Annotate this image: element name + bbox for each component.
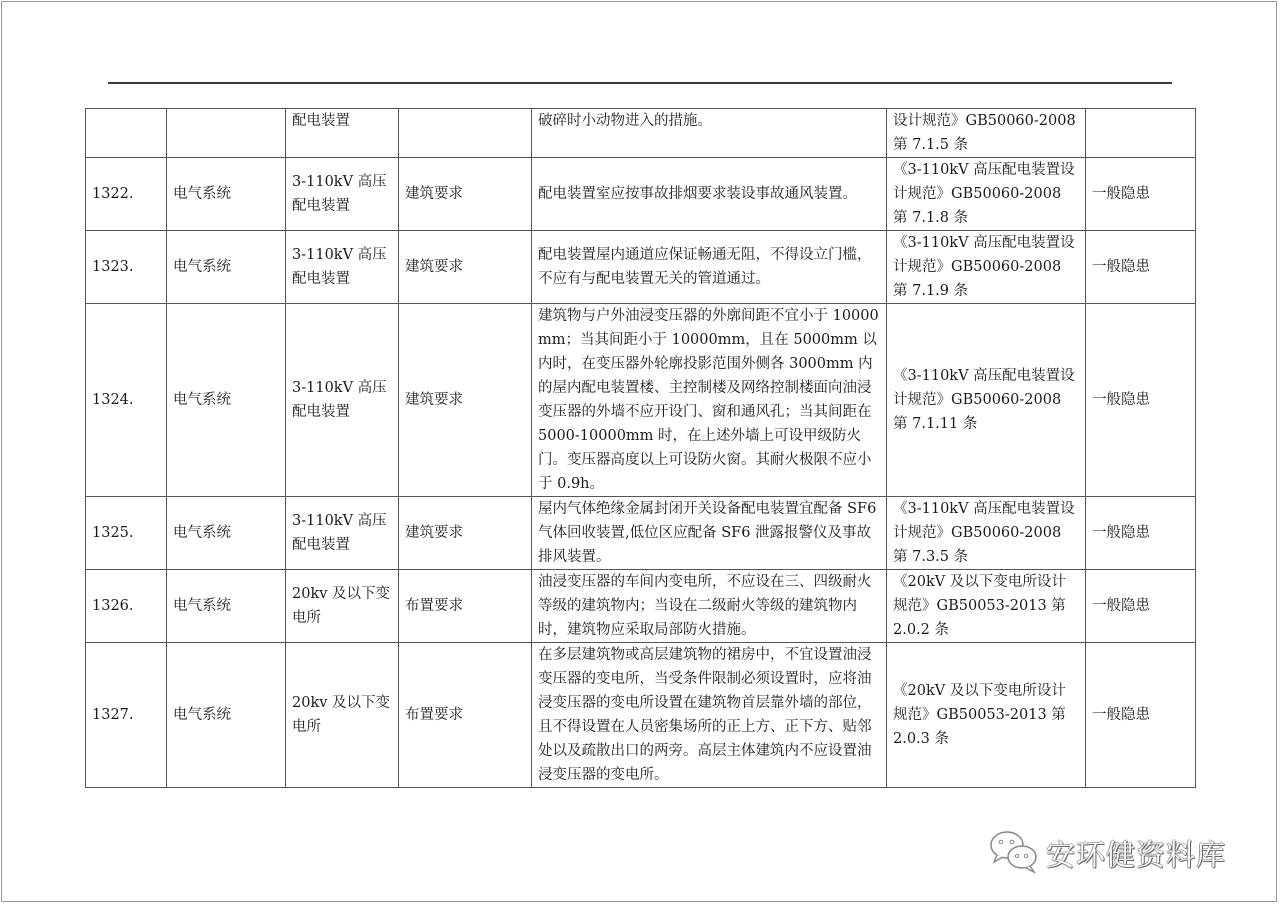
cell-no: 1324. bbox=[86, 304, 167, 497]
cell-reference: 《3-110kV 高压配电装置设计规范》GB50060-2008 第 7.3.5… bbox=[887, 497, 1086, 570]
cell-description: 油浸变压器的车间内变电所，不应设在三、四级耐火等级的建筑物内；当设在二级耐火等级… bbox=[532, 570, 887, 643]
cell-system: 电气系统 bbox=[167, 158, 286, 231]
cell-level: 一般隐患 bbox=[1086, 158, 1196, 231]
table-row: 配电装置 破碎时小动物进入的措施。 设计规范》GB50060-2008 第 7.… bbox=[86, 109, 1196, 158]
cell-equipment: 3-110kV 高压配电装置 bbox=[286, 231, 399, 304]
cell-reference: 《3-110kV 高压配电装置设计规范》GB50060-2008 第 7.1.9… bbox=[887, 231, 1086, 304]
cell-no: 1323. bbox=[86, 231, 167, 304]
cell-no bbox=[86, 109, 167, 158]
cell-description: 配电装置屋内通道应保证畅通无阻，不得设立门槛，不应有与配电装置无关的管道通过。 bbox=[532, 231, 887, 304]
hazard-table: 配电装置 破碎时小动物进入的措施。 设计规范》GB50060-2008 第 7.… bbox=[85, 108, 1196, 788]
table-row: 1322. 电气系统 3-110kV 高压配电装置 建筑要求 配电装置室应按事故… bbox=[86, 158, 1196, 231]
cell-reference: 《20kV 及以下变电所设计规范》GB50053-2013 第 2.0.3 条 bbox=[887, 643, 1086, 788]
cell-system: 电气系统 bbox=[167, 304, 286, 497]
cell-category: 布置要求 bbox=[399, 643, 532, 788]
cell-category: 建筑要求 bbox=[399, 158, 532, 231]
cell-category bbox=[399, 109, 532, 158]
cell-level: 一般隐患 bbox=[1086, 570, 1196, 643]
cell-system: 电气系统 bbox=[167, 497, 286, 570]
cell-reference: 设计规范》GB50060-2008 第 7.1.5 条 bbox=[887, 109, 1086, 158]
cell-level: 一般隐患 bbox=[1086, 304, 1196, 497]
cell-category: 建筑要求 bbox=[399, 304, 532, 497]
cell-no: 1326. bbox=[86, 570, 167, 643]
cell-system bbox=[167, 109, 286, 158]
cell-level: 一般隐患 bbox=[1086, 231, 1196, 304]
cell-system: 电气系统 bbox=[167, 643, 286, 788]
cell-description: 破碎时小动物进入的措施。 bbox=[532, 109, 887, 158]
cell-equipment: 3-110kV 高压配电装置 bbox=[286, 497, 399, 570]
cell-no: 1322. bbox=[86, 158, 167, 231]
cell-description: 在多层建筑物或高层建筑物的裙房中，不宜设置油浸变压器的变电所，当受条件限制必须设… bbox=[532, 643, 887, 788]
table-row: 1327. 电气系统 20kv 及以下变电所 布置要求 在多层建筑物或高层建筑物… bbox=[86, 643, 1196, 788]
wechat-icon bbox=[988, 828, 1040, 878]
header-rule bbox=[108, 82, 1172, 84]
cell-level bbox=[1086, 109, 1196, 158]
watermark: 安环健资料库 bbox=[988, 828, 1226, 878]
cell-reference: 《3-110kV 高压配电装置设计规范》GB50060-2008 第 7.1.1… bbox=[887, 304, 1086, 497]
cell-equipment: 20kv 及以下变电所 bbox=[286, 570, 399, 643]
cell-level: 一般隐患 bbox=[1086, 643, 1196, 788]
table-row: 1323. 电气系统 3-110kV 高压配电装置 建筑要求 配电装置屋内通道应… bbox=[86, 231, 1196, 304]
cell-reference: 《20kV 及以下变电所设计规范》GB50053-2013 第 2.0.2 条 bbox=[887, 570, 1086, 643]
cell-equipment: 配电装置 bbox=[286, 109, 399, 158]
cell-description: 屋内气体绝缘金属封闭开关设备配电装置宜配备 SF6 气体回收装置,低位区应配备 … bbox=[532, 497, 887, 570]
cell-system: 电气系统 bbox=[167, 570, 286, 643]
watermark-text: 安环健资料库 bbox=[1046, 833, 1226, 874]
cell-category: 布置要求 bbox=[399, 570, 532, 643]
cell-equipment: 20kv 及以下变电所 bbox=[286, 643, 399, 788]
table-row: 1326. 电气系统 20kv 及以下变电所 布置要求 油浸变压器的车间内变电所… bbox=[86, 570, 1196, 643]
cell-no: 1327. bbox=[86, 643, 167, 788]
cell-no: 1325. bbox=[86, 497, 167, 570]
cell-description: 配电装置室应按事故排烟要求装设事故通风装置。 bbox=[532, 158, 887, 231]
cell-category: 建筑要求 bbox=[399, 231, 532, 304]
cell-system: 电气系统 bbox=[167, 231, 286, 304]
cell-level: 一般隐患 bbox=[1086, 497, 1196, 570]
cell-category: 建筑要求 bbox=[399, 497, 532, 570]
cell-description: 建筑物与户外油浸变压器的外廓间距不宜小于 10000mm；当其间距小于 1000… bbox=[532, 304, 887, 497]
table-row: 1325. 电气系统 3-110kV 高压配电装置 建筑要求 屋内气体绝缘金属封… bbox=[86, 497, 1196, 570]
cell-reference: 《3-110kV 高压配电装置设计规范》GB50060-2008 第 7.1.8… bbox=[887, 158, 1086, 231]
table-row: 1324. 电气系统 3-110kV 高压配电装置 建筑要求 建筑物与户外油浸变… bbox=[86, 304, 1196, 497]
cell-equipment: 3-110kV 高压配电装置 bbox=[286, 304, 399, 497]
cell-equipment: 3-110kV 高压配电装置 bbox=[286, 158, 399, 231]
